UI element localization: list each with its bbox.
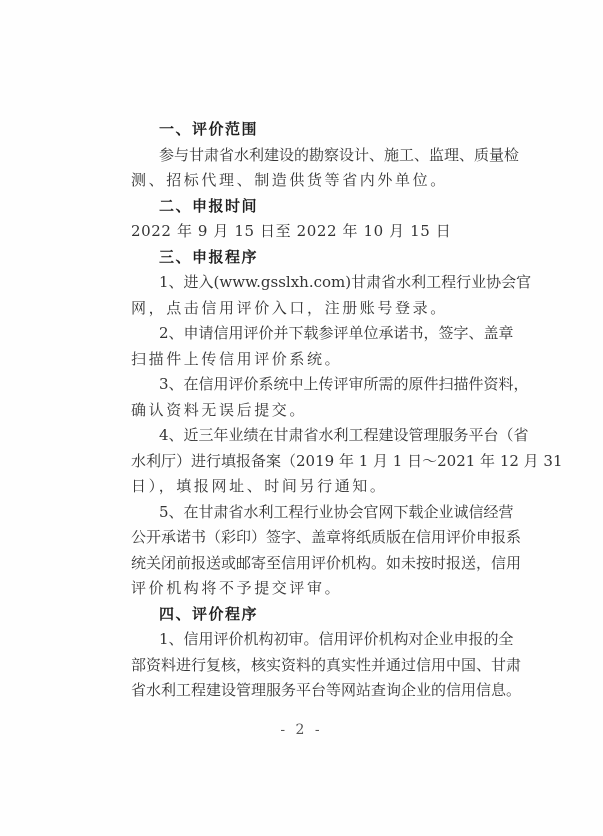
page-number: - 2 - bbox=[0, 722, 603, 738]
section-heading-submission-procedure: 三、申报程序 bbox=[131, 245, 479, 271]
paragraph-line: 4、近三年业绩在甘肃省水利工程建设管理服务平台（省 bbox=[131, 423, 479, 449]
paragraph-line: 统关闭前报送或邮寄至信用评价机构。如未按时报送，信用 bbox=[131, 551, 479, 577]
paragraph-line: 网，点击信用评价入口，注册账号登录。 bbox=[131, 296, 479, 322]
paragraph-line: 2、申请信用评价并下载参评单位承诺书，签字、盖章 bbox=[131, 321, 479, 347]
paragraph-line-dates: 2022 年 9 月 15 日至 2022 年 10 月 15 日 bbox=[131, 219, 479, 245]
paragraph-line: 3、在信用评价系统中上传评审所需的原件扫描件资料， bbox=[131, 372, 479, 398]
paragraph-line: 日），填报网址、时间另行通知。 bbox=[131, 474, 479, 500]
section-heading-submission-time: 二、申报时间 bbox=[131, 194, 479, 220]
paragraph-line: 部资料进行复核，核实资料的真实性并通过信用中国、甘肃 bbox=[131, 653, 479, 679]
paragraph-line: 测、招标代理、制造供货等省内外单位。 bbox=[131, 168, 479, 194]
paragraph-line: 1、信用评价机构初审。信用评价机构对企业申报的全 bbox=[131, 627, 479, 653]
document-body: 一、评价范围 参与甘肃省水利建设的勘察设计、施工、监理、质量检 测、招标代理、制… bbox=[131, 117, 479, 704]
section-heading-evaluation-procedure: 四、评价程序 bbox=[131, 602, 479, 628]
paragraph-line: 5、在甘肃省水利工程行业协会官网下载企业诚信经营 bbox=[131, 500, 479, 526]
document-page: 一、评价范围 参与甘肃省水利建设的勘察设计、施工、监理、质量检 测、招标代理、制… bbox=[0, 0, 603, 836]
paragraph-line: 省水利工程建设管理服务平台等网站查询企业的信用信息。 bbox=[131, 678, 479, 704]
paragraph-line: 参与甘肃省水利建设的勘察设计、施工、监理、质量检 bbox=[131, 143, 479, 169]
paragraph-line: 评价机构将不予提交评审。 bbox=[131, 576, 479, 602]
paragraph-line: 扫描件上传信用评价系统。 bbox=[131, 347, 479, 373]
paragraph-line: 公开承诺书（彩印）签字、盖章将纸质版在信用评价申报系 bbox=[131, 525, 479, 551]
section-heading-scope: 一、评价范围 bbox=[131, 117, 479, 143]
paragraph-line: 水利厅）进行填报备案（2019 年 1 月 1 日～2021 年 12 月 31 bbox=[131, 449, 479, 475]
paragraph-line: 确认资料无误后提交。 bbox=[131, 398, 479, 424]
paragraph-line: 1、进入(www.gsslxh.com)甘肃省水利工程行业协会官 bbox=[131, 270, 479, 296]
